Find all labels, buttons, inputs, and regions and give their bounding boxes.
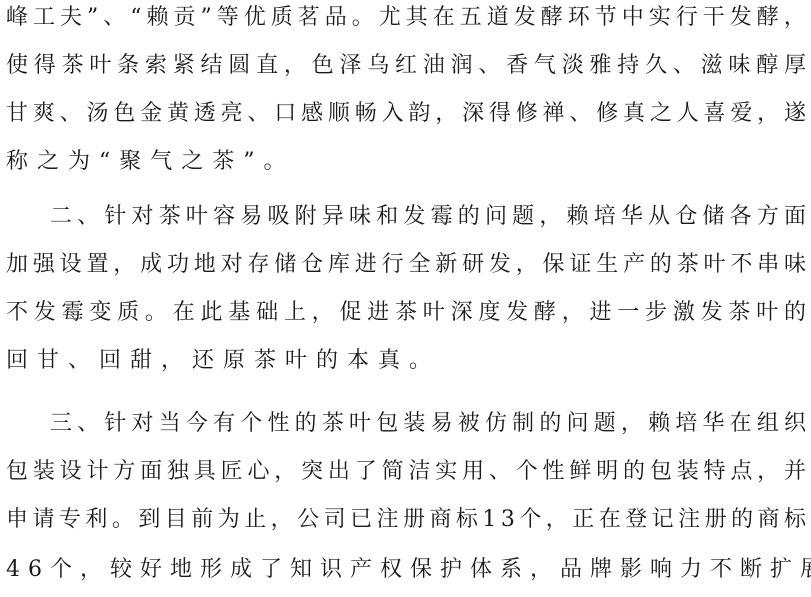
paragraph-1-line-3: 甘爽、汤色金黄透亮、口感顺畅入韵，深得修禅、修真之人喜爱，遂 bbox=[6, 99, 811, 129]
paragraph-1-line-4: 称之为“聚气之茶”。 bbox=[6, 147, 295, 177]
document-page: 峰工夫”、“赖贡”等优质茗品。尤其在五道发酵环节中实行干发酵， 使得茶叶条索紧结… bbox=[0, 0, 811, 597]
paragraph-1-line-1: 峰工夫”、“赖贡”等优质茗品。尤其在五道发酵环节中实行干发酵， bbox=[6, 3, 811, 33]
paragraph-3-line-3: 申请专利。到目前为止，公司已注册商标13个，正在登记注册的商标 bbox=[6, 505, 810, 535]
paragraph-3-line-2: 包装设计方面独具匠心，突出了简洁实用、个性鲜明的包装特点，并 bbox=[6, 457, 811, 487]
paragraph-1-line-2: 使得茶叶条索紧结圆直，色泽乌红油润、香气淡雅持久、滋味醇厚 bbox=[6, 51, 811, 81]
paragraph-2-line-3: 不发霉变质。在此基础上，促进茶叶深度发酵，进一步激发茶叶的 bbox=[6, 298, 811, 328]
paragraph-3-line-4: 46个，较好地形成了知识产权保护体系，品牌影响力不断扩展。 bbox=[6, 555, 811, 585]
paragraph-2-line-1: 二、针对茶叶容易吸附异味和发霉的问题，赖培华从仓储各方面 bbox=[50, 202, 811, 232]
paragraph-2-line-2: 加强设置，成功地对存储仓库进行全新研发，保证生产的茶叶不串味 bbox=[6, 250, 811, 280]
paragraph-2-line-4: 回甘、回甜，还原茶叶的本真。 bbox=[6, 346, 440, 376]
paragraph-3-line-1: 三、针对当今有个性的茶叶包装易被仿制的问题，赖培华在组织 bbox=[50, 409, 811, 439]
